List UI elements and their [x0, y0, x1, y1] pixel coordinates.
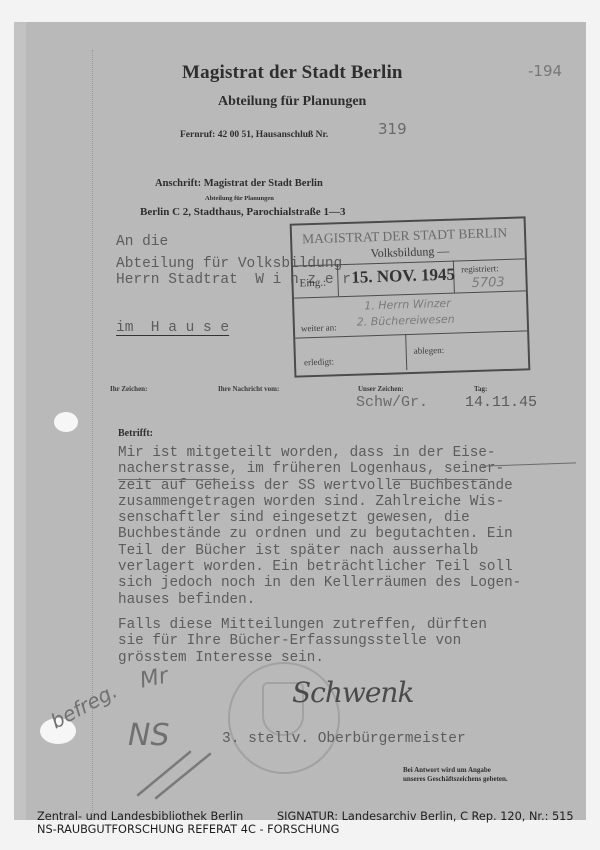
letterhead-department: Abteilung für Planungen [218, 94, 366, 110]
stamp-forward-label: weiter an: [301, 322, 337, 333]
pencil-strokes [130, 740, 220, 800]
body-line: verlagert worden. Ein beträchtlicher Tei… [118, 559, 521, 575]
body-line: sich jedoch noch in den Kellerräumen des… [118, 575, 521, 591]
stamp-divider [337, 264, 339, 296]
body-line: nacherstrasse, im früheren Logenhaus, se… [118, 461, 521, 477]
letterhead-title: Magistrat der Stadt Berlin [182, 62, 403, 84]
body-line: sie für Ihre Bücher-Erfassungsstelle von [118, 633, 487, 649]
body-line: hauses befinden. [118, 592, 521, 608]
body-line: grösstem Interesse sein. [118, 650, 487, 666]
stamp-forward-note-1: 1. Herrn Winzer [364, 297, 451, 313]
postal-address-line1: Anschrift: Magistrat der Stadt Berlin [155, 178, 323, 189]
body-line: Buchbestände zu ordnen und zu begutachte… [118, 526, 521, 542]
stamp-received-date: 15. NOV. 1945 [351, 265, 455, 288]
pencil-underline [118, 479, 220, 480]
reply-note-line1: Bei Antwort wird um Angabe [403, 766, 508, 775]
stamp-header: MAGISTRAT DER STADT BERLIN [302, 225, 507, 247]
subject-label: Betrifft: [118, 428, 153, 439]
letterhead-phone: Fernruf: 42 00 51, Hausanschluß Nr. [180, 130, 328, 140]
recipient-line4: im H a u s e [116, 320, 229, 336]
postal-address-line3: Berlin C 2, Stadthaus, Parochialstraße 1… [140, 206, 345, 218]
your-reference-label: Ihr Zeichen: [110, 385, 147, 393]
stamp-registered-number: 5703 [471, 275, 505, 291]
recipient-line1: An die [116, 234, 168, 250]
handwritten-signature: Schwenk [292, 676, 413, 709]
punch-hole-top [54, 412, 78, 432]
our-reference-value: Schw/Gr. [356, 394, 428, 411]
footer-signature-ref: SIGNATUR: Landesarchiv Berlin, C Rep. 12… [277, 810, 574, 823]
reply-note-line2: unseres Geschäftszeichens gebeten. [403, 775, 508, 784]
page-edge-shade [14, 22, 26, 820]
body-line: Teil der Bücher ist später nach ausserha… [118, 543, 521, 559]
body-line: zeit auf Geheiss der SS wertvolle Buchbe… [118, 478, 521, 494]
footer-project: NS-RAUBGUTFORSCHUNG REFERAT 4C - FORSCHU… [37, 823, 339, 836]
archive-page-number: -194 [528, 62, 562, 80]
date-label: Tag: [474, 385, 487, 393]
body-line: Falls diese Mitteilungen zutreffen, dürf… [118, 617, 487, 633]
received-stamp: MAGISTRAT DER STADT BERLIN Volksbildung … [290, 216, 531, 377]
body-line: zusammengetragen worden sind. Zahlreiche… [118, 494, 521, 510]
date-value: 14.11.45 [465, 394, 537, 411]
stamp-forward-note-2: 2. Büchereiwesen [357, 313, 455, 329]
body-paragraph-2: Falls diese Mitteilungen zutreffen, dürf… [118, 617, 487, 666]
body-line: senschaftler sind eingesetzt gewesen, di… [118, 510, 521, 526]
stamp-done-label: erledigt: [304, 356, 334, 367]
pencil-underline [392, 479, 488, 480]
stamp-registered-label: registriert: [461, 263, 499, 274]
your-message-label: Ihre Nachricht vom: [218, 385, 279, 393]
body-line: Mir ist mitgeteilt worden, dass in der E… [118, 445, 521, 461]
postal-address-line2: Abteilung für Planungen [205, 195, 274, 202]
stamp-received-label: Eing.: [299, 277, 326, 290]
footer-library: Zentral- und Landesbibliothek Berlin [37, 810, 243, 823]
stamp-file-label: ablegen: [414, 345, 445, 356]
body-paragraph-1: Mir ist mitgeteilt worden, dass in der E… [118, 445, 521, 608]
signer-title: 3. stellv. Oberbürgermeister [222, 731, 466, 747]
our-reference-label: Unser Zeichen: [358, 385, 404, 393]
handwritten-extension: 319 [378, 120, 407, 138]
stamp-divider [405, 334, 407, 370]
reply-note: Bei Antwort wird um Angabeunseres Geschä… [403, 766, 508, 784]
stamp-subheader: Volksbildung — [370, 244, 449, 261]
